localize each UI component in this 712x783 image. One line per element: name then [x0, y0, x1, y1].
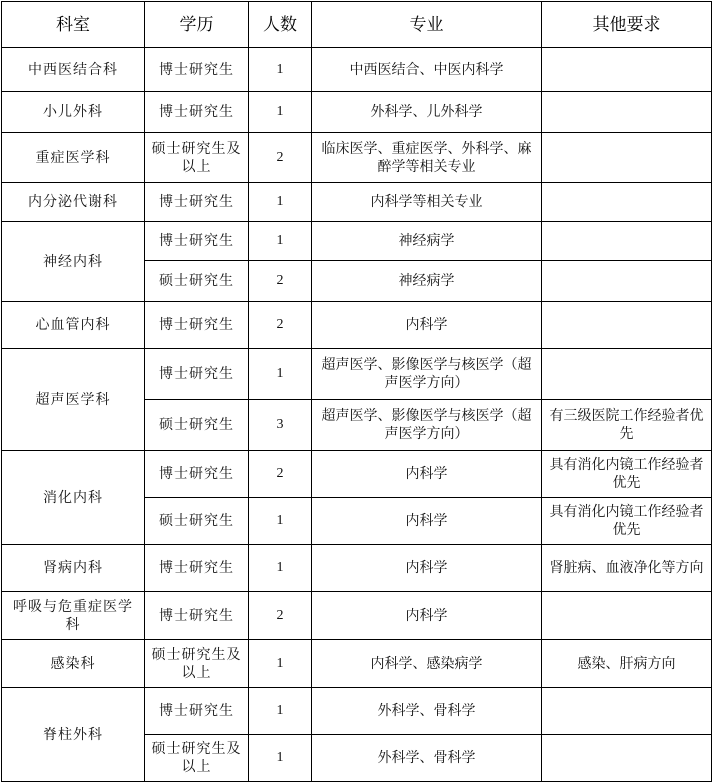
- department-cell: 超声医学科: [2, 349, 145, 451]
- major-cell: 内科学: [312, 545, 542, 592]
- count-cell: 1: [249, 688, 312, 735]
- other-requirements-cell: 感染、肝病方向: [542, 640, 712, 688]
- major-cell: 临床医学、重症医学、外科学、麻醉学等相关专业: [312, 133, 542, 183]
- count-cell: 1: [249, 92, 312, 133]
- major-cell: 内科学: [312, 302, 542, 349]
- header-major: 专业: [312, 2, 542, 48]
- other-requirements-cell: [542, 261, 712, 302]
- education-cell: 硕士研究生及以上: [145, 735, 249, 782]
- department-cell: 中西医结合科: [2, 48, 145, 92]
- education-cell: 硕士研究生: [145, 261, 249, 302]
- count-cell: 2: [249, 133, 312, 183]
- education-cell: 硕士研究生及以上: [145, 133, 249, 183]
- major-cell: 内科学等相关专业: [312, 183, 542, 222]
- major-cell: 内科学: [312, 592, 542, 640]
- education-cell: 硕士研究生: [145, 400, 249, 451]
- department-cell: 小儿外科: [2, 92, 145, 133]
- education-cell: 博士研究生: [145, 183, 249, 222]
- table-row: 神经内科博士研究生1神经病学: [2, 222, 712, 261]
- major-cell: 内科学: [312, 451, 542, 498]
- table-row: 感染科硕士研究生及以上1内科学、感染病学感染、肝病方向: [2, 640, 712, 688]
- count-cell: 3: [249, 400, 312, 451]
- major-cell: 外科学、骨科学: [312, 735, 542, 782]
- education-cell: 博士研究生: [145, 48, 249, 92]
- education-cell: 博士研究生: [145, 349, 249, 400]
- header-count: 人数: [249, 2, 312, 48]
- other-requirements-cell: [542, 688, 712, 735]
- department-cell: 肾病内科: [2, 545, 145, 592]
- count-cell: 1: [249, 349, 312, 400]
- count-cell: 2: [249, 261, 312, 302]
- recruitment-table: 科室 学历 人数 专业 其他要求 中西医结合科博士研究生1中西医结合、中医内科学…: [1, 1, 712, 782]
- education-cell: 博士研究生: [145, 688, 249, 735]
- table-row: 呼吸与危重症医学科博士研究生2内科学: [2, 592, 712, 640]
- header-education: 学历: [145, 2, 249, 48]
- major-cell: 超声医学、影像医学与核医学（超声医学方向）: [312, 349, 542, 400]
- header-department: 科室: [2, 2, 145, 48]
- count-cell: 2: [249, 592, 312, 640]
- department-cell: 脊柱外科: [2, 688, 145, 782]
- table-row: 内分泌代谢科博士研究生1内科学等相关专业: [2, 183, 712, 222]
- other-requirements-cell: 具有消化内镜工作经验者优先: [542, 498, 712, 545]
- other-requirements-cell: [542, 183, 712, 222]
- table-row: 重症医学科硕士研究生及以上2临床医学、重症医学、外科学、麻醉学等相关专业: [2, 133, 712, 183]
- other-requirements-cell: [542, 735, 712, 782]
- department-cell: 呼吸与危重症医学科: [2, 592, 145, 640]
- education-cell: 博士研究生: [145, 92, 249, 133]
- count-cell: 1: [249, 222, 312, 261]
- education-cell: 博士研究生: [145, 592, 249, 640]
- major-cell: 神经病学: [312, 261, 542, 302]
- major-cell: 内科学: [312, 498, 542, 545]
- table-body: 中西医结合科博士研究生1中西医结合、中医内科学小儿外科博士研究生1外科学、儿外科…: [2, 48, 712, 782]
- department-cell: 神经内科: [2, 222, 145, 302]
- other-requirements-cell: 有三级医院工作经验者优先: [542, 400, 712, 451]
- other-requirements-cell: [542, 92, 712, 133]
- major-cell: 神经病学: [312, 222, 542, 261]
- other-requirements-cell: 具有消化内镜工作经验者优先: [542, 451, 712, 498]
- count-cell: 2: [249, 302, 312, 349]
- other-requirements-cell: [542, 592, 712, 640]
- count-cell: 1: [249, 48, 312, 92]
- count-cell: 2: [249, 451, 312, 498]
- major-cell: 超声医学、影像医学与核医学（超声医学方向）: [312, 400, 542, 451]
- table-row: 肾病内科博士研究生1内科学肾脏病、血液净化等方向: [2, 545, 712, 592]
- education-cell: 博士研究生: [145, 222, 249, 261]
- major-cell: 外科学、儿外科学: [312, 92, 542, 133]
- other-requirements-cell: [542, 133, 712, 183]
- department-cell: 消化内科: [2, 451, 145, 545]
- table-row: 心血管内科博士研究生2内科学: [2, 302, 712, 349]
- department-cell: 感染科: [2, 640, 145, 688]
- major-cell: 外科学、骨科学: [312, 688, 542, 735]
- header-row: 科室 学历 人数 专业 其他要求: [2, 2, 712, 48]
- table-row: 中西医结合科博士研究生1中西医结合、中医内科学: [2, 48, 712, 92]
- count-cell: 1: [249, 640, 312, 688]
- education-cell: 硕士研究生: [145, 498, 249, 545]
- department-cell: 重症医学科: [2, 133, 145, 183]
- major-cell: 中西医结合、中医内科学: [312, 48, 542, 92]
- count-cell: 1: [249, 183, 312, 222]
- other-requirements-cell: [542, 302, 712, 349]
- education-cell: 博士研究生: [145, 302, 249, 349]
- other-requirements-cell: 肾脏病、血液净化等方向: [542, 545, 712, 592]
- table-row: 消化内科博士研究生2内科学具有消化内镜工作经验者优先: [2, 451, 712, 498]
- department-cell: 内分泌代谢科: [2, 183, 145, 222]
- count-cell: 1: [249, 735, 312, 782]
- count-cell: 1: [249, 545, 312, 592]
- count-cell: 1: [249, 498, 312, 545]
- major-cell: 内科学、感染病学: [312, 640, 542, 688]
- table-row: 超声医学科博士研究生1超声医学、影像医学与核医学（超声医学方向）: [2, 349, 712, 400]
- education-cell: 博士研究生: [145, 545, 249, 592]
- education-cell: 博士研究生: [145, 451, 249, 498]
- table-row: 小儿外科博士研究生1外科学、儿外科学: [2, 92, 712, 133]
- other-requirements-cell: [542, 222, 712, 261]
- header-other-requirements: 其他要求: [542, 2, 712, 48]
- education-cell: 硕士研究生及以上: [145, 640, 249, 688]
- table-row: 脊柱外科博士研究生1外科学、骨科学: [2, 688, 712, 735]
- department-cell: 心血管内科: [2, 302, 145, 349]
- other-requirements-cell: [542, 349, 712, 400]
- other-requirements-cell: [542, 48, 712, 92]
